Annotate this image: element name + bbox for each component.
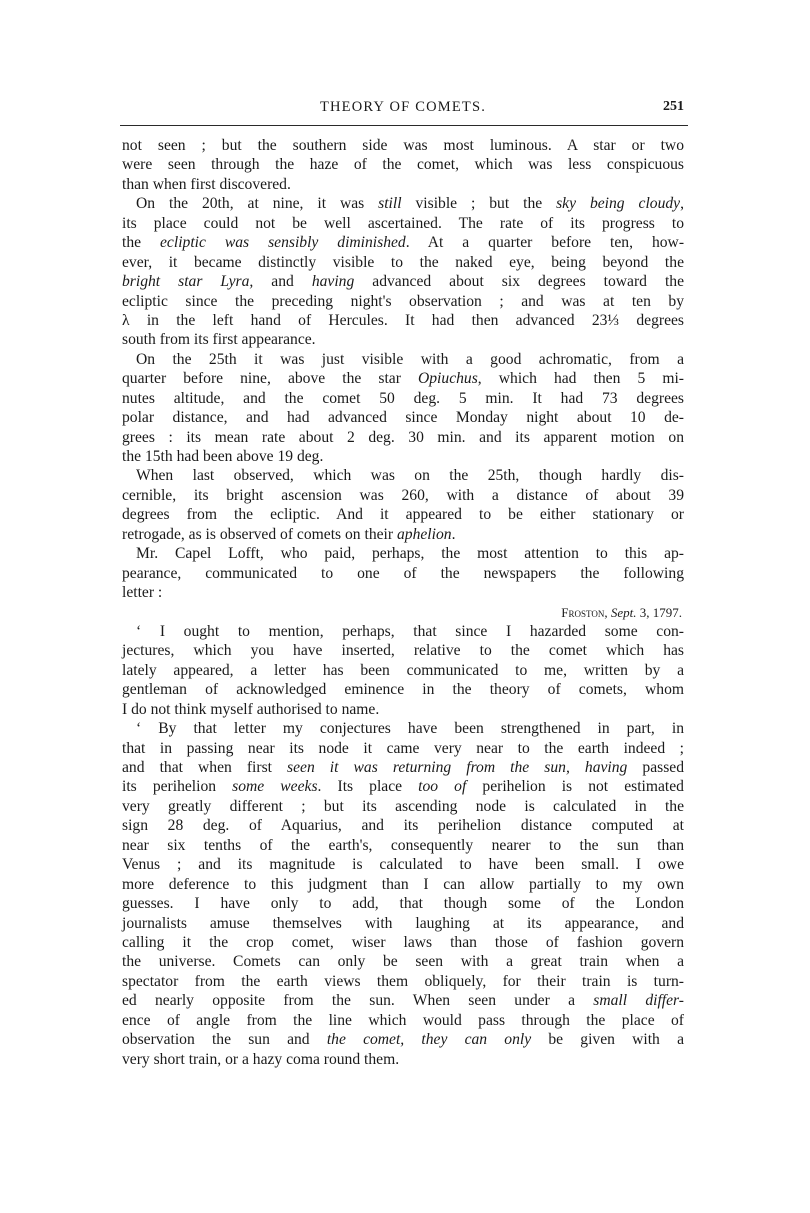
text-line: the universe. Comets can only be seen wi… — [122, 952, 684, 971]
text-line: sign 28 deg. of Aquarius, and its perihe… — [122, 816, 684, 835]
text-line: calling it the crop comet, wiser laws th… — [122, 933, 684, 952]
text-line: ecliptic since the preceding night's obs… — [122, 292, 684, 311]
text-line: ence of angle from the line which would … — [122, 1011, 684, 1030]
text-line: λ in the left hand of Hercules. It had t… — [122, 311, 684, 330]
text-line: guesses. I have only to add, that though… — [122, 894, 684, 913]
text-line: bright star Lyra, and having advanced ab… — [122, 272, 684, 291]
text-line: quarter before nine, above the star Opiu… — [122, 369, 684, 388]
text-line: grees : its mean rate about 2 deg. 30 mi… — [122, 428, 684, 447]
text-line: Venus ; and its magnitude is calculated … — [122, 855, 684, 874]
text-line: south from its first appearance. — [122, 330, 684, 349]
text-line: and that when first seen it was returnin… — [122, 758, 684, 777]
header-rule — [120, 125, 688, 126]
text-line: Mr. Capel Lofft, who paid, perhaps, the … — [122, 544, 684, 563]
text-line: cernible, its bright ascension was 260, … — [122, 486, 684, 505]
text-line: near six tenths of the earth's, conseque… — [122, 836, 684, 855]
text-line: spectator from the earth views them obli… — [122, 972, 684, 991]
letter-dateline: Froston, Sept. 3, 1797. — [122, 603, 684, 622]
text-line: letter : — [122, 583, 684, 602]
page-number: 251 — [663, 99, 684, 115]
text-line: ‘ By that letter my conjectures have bee… — [122, 719, 684, 738]
text-line: than when first discovered. — [122, 175, 684, 194]
text-line: ed nearly opposite from the sun. When se… — [122, 991, 684, 1010]
text-line: very greatly different ; but its ascendi… — [122, 797, 684, 816]
text-line: that in passing near its node it came ve… — [122, 739, 684, 758]
text-line: were seen through the haze of the comet,… — [122, 155, 684, 174]
text-line: retrogade, as is observed of comets on t… — [122, 525, 684, 544]
text-line: On the 25th it was just visible with a g… — [122, 350, 684, 369]
text-line: its perihelion some weeks. Its place too… — [122, 777, 684, 796]
text-line: ever, it became distinctly visible to th… — [122, 253, 684, 272]
text-line: On the 20th, at nine, it was still visib… — [122, 194, 684, 213]
running-title: THEORY OF COMETS. — [122, 99, 684, 116]
text-line: its place could not be well ascertained.… — [122, 214, 684, 233]
text-line: pearance, communicated to one of the new… — [122, 564, 684, 583]
text-line: degrees from the ecliptic. And it appear… — [122, 505, 684, 524]
text-line: gentleman of acknowledged eminence in th… — [122, 680, 684, 699]
text-line: lately appeared, a letter has been commu… — [122, 661, 684, 680]
text-line: nutes altitude, and the comet 50 deg. 5 … — [122, 389, 684, 408]
book-page: THEORY OF COMETS. 251 not seen ; but the… — [0, 0, 810, 1213]
text-line: When last observed, which was on the 25t… — [122, 466, 684, 485]
text-line: jectures, which you have inserted, relat… — [122, 641, 684, 660]
text-line: journalists amuse themselves with laughi… — [122, 914, 684, 933]
text-line: polar distance, and had advanced since M… — [122, 408, 684, 427]
text-line: the ecliptic was sensibly diminished. At… — [122, 233, 684, 252]
text-line: observation the sun and the comet, they … — [122, 1030, 684, 1049]
text-line: more deference to this judgment than I c… — [122, 875, 684, 894]
text-line: the 15th had been above 19 deg. — [122, 447, 684, 466]
running-head: THEORY OF COMETS. 251 — [122, 99, 684, 119]
text-line: I do not think myself authorised to name… — [122, 700, 684, 719]
text-line: not seen ; but the southern side was mos… — [122, 136, 684, 155]
text-line: very short train, or a hazy coma round t… — [122, 1050, 684, 1069]
text-line: ‘ I ought to mention, perhaps, that sinc… — [122, 622, 684, 641]
body-text: not seen ; but the southern side was mos… — [122, 136, 684, 1069]
